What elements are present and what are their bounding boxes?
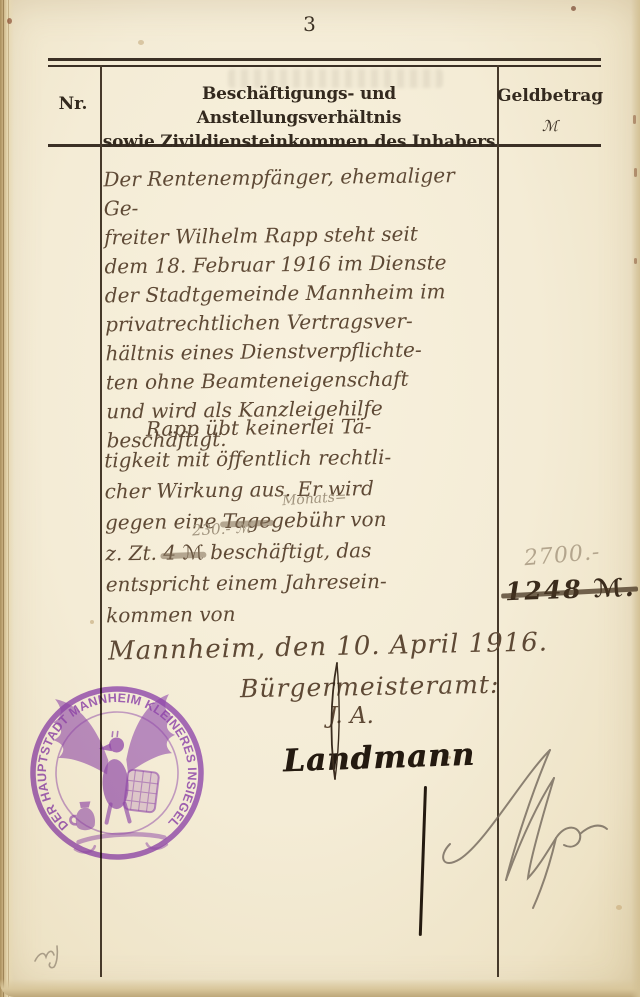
handwritten-line: Der Rentenempfänger, ehemaliger Ge-	[103, 161, 496, 224]
foxing-speck	[138, 40, 144, 45]
handwritten-line-with-correction: gegen eine Tagegebühr von	[105, 503, 497, 539]
table-top-rule-thick	[48, 58, 601, 61]
stitch-mark	[633, 115, 636, 124]
stitch-mark	[634, 168, 637, 177]
text-segment: z. Zt.	[105, 541, 163, 566]
handwritten-line-with-correction: z. Zt. 4 ℳ beschäftigt, das	[105, 534, 497, 570]
city-shield	[124, 769, 160, 812]
struck-amount: 4 ℳ	[163, 540, 204, 564]
pencil-scribble-mark	[30, 942, 72, 974]
amount-ink-struck: 1248 ℳ.	[505, 573, 637, 607]
crown-spike	[117, 731, 118, 737]
griffin-crest	[51, 693, 181, 854]
foxing-speck	[90, 620, 94, 624]
foxing-speck	[7, 18, 12, 24]
column-header-currency: ℳ	[497, 117, 603, 135]
handwritten-line: der Stadtgemeinde Mannheim im	[105, 277, 497, 311]
page-number: 3	[270, 12, 350, 36]
page-right-edge	[631, 0, 640, 997]
base-scroll	[78, 832, 164, 842]
signature-upstroke-loop	[324, 660, 350, 785]
stitch-mark	[634, 258, 637, 264]
column-header-main: Beschäftigungs- und Anstellungsverhältni…	[101, 82, 497, 154]
mannheim-seal-stamp: DER HAUPTSTADT MANNHEIM KLEINERES INSIEG…	[20, 676, 214, 870]
handwritten-line: tigkeit mit öffentlich rechtli-	[104, 441, 496, 477]
handwritten-paragraph-2: Rapp übt keinerlei Tä- tigkeit mit öffen…	[104, 410, 499, 632]
column-header-main-line2: sowie Zivildiensteinkommen des Inhabers	[101, 130, 497, 154]
signature-pencil-flourish	[432, 726, 632, 921]
document-page: 3 Nr. Beschäftigungs- und Anstellungsver…	[0, 0, 640, 997]
pencil-correction-230: 230.- ℳ	[192, 518, 252, 539]
handwritten-line: Rapp übt keinerlei Tä-	[104, 410, 496, 446]
handwritten-line: kommen von	[106, 596, 498, 632]
text-segment: beschäftigt, das	[204, 538, 372, 564]
handwritten-line: entspricht einem Jahresein-	[106, 565, 498, 601]
page-bottom-edge	[0, 979, 640, 997]
table-top-rule-thin	[48, 65, 601, 67]
jug-emblem	[69, 801, 95, 831]
amount-pencil: 2700.-	[523, 540, 601, 572]
binding-crease-line	[3, 0, 4, 997]
office-line: Bürgermeisteramt:	[240, 670, 500, 704]
foxing-speck	[571, 6, 576, 11]
binding-crease-line	[8, 0, 9, 997]
column-header-amount: Geldbetrag	[497, 86, 603, 106]
signature-flourish-stroke	[419, 786, 427, 936]
text-segment: gebühr von	[271, 507, 387, 532]
crown-spike	[112, 731, 113, 737]
column-header-nr: Nr.	[46, 94, 100, 114]
column-header-main-line1: Beschäftigungs- und Anstellungsverhältni…	[101, 82, 497, 130]
griffin-leg	[106, 804, 112, 822]
